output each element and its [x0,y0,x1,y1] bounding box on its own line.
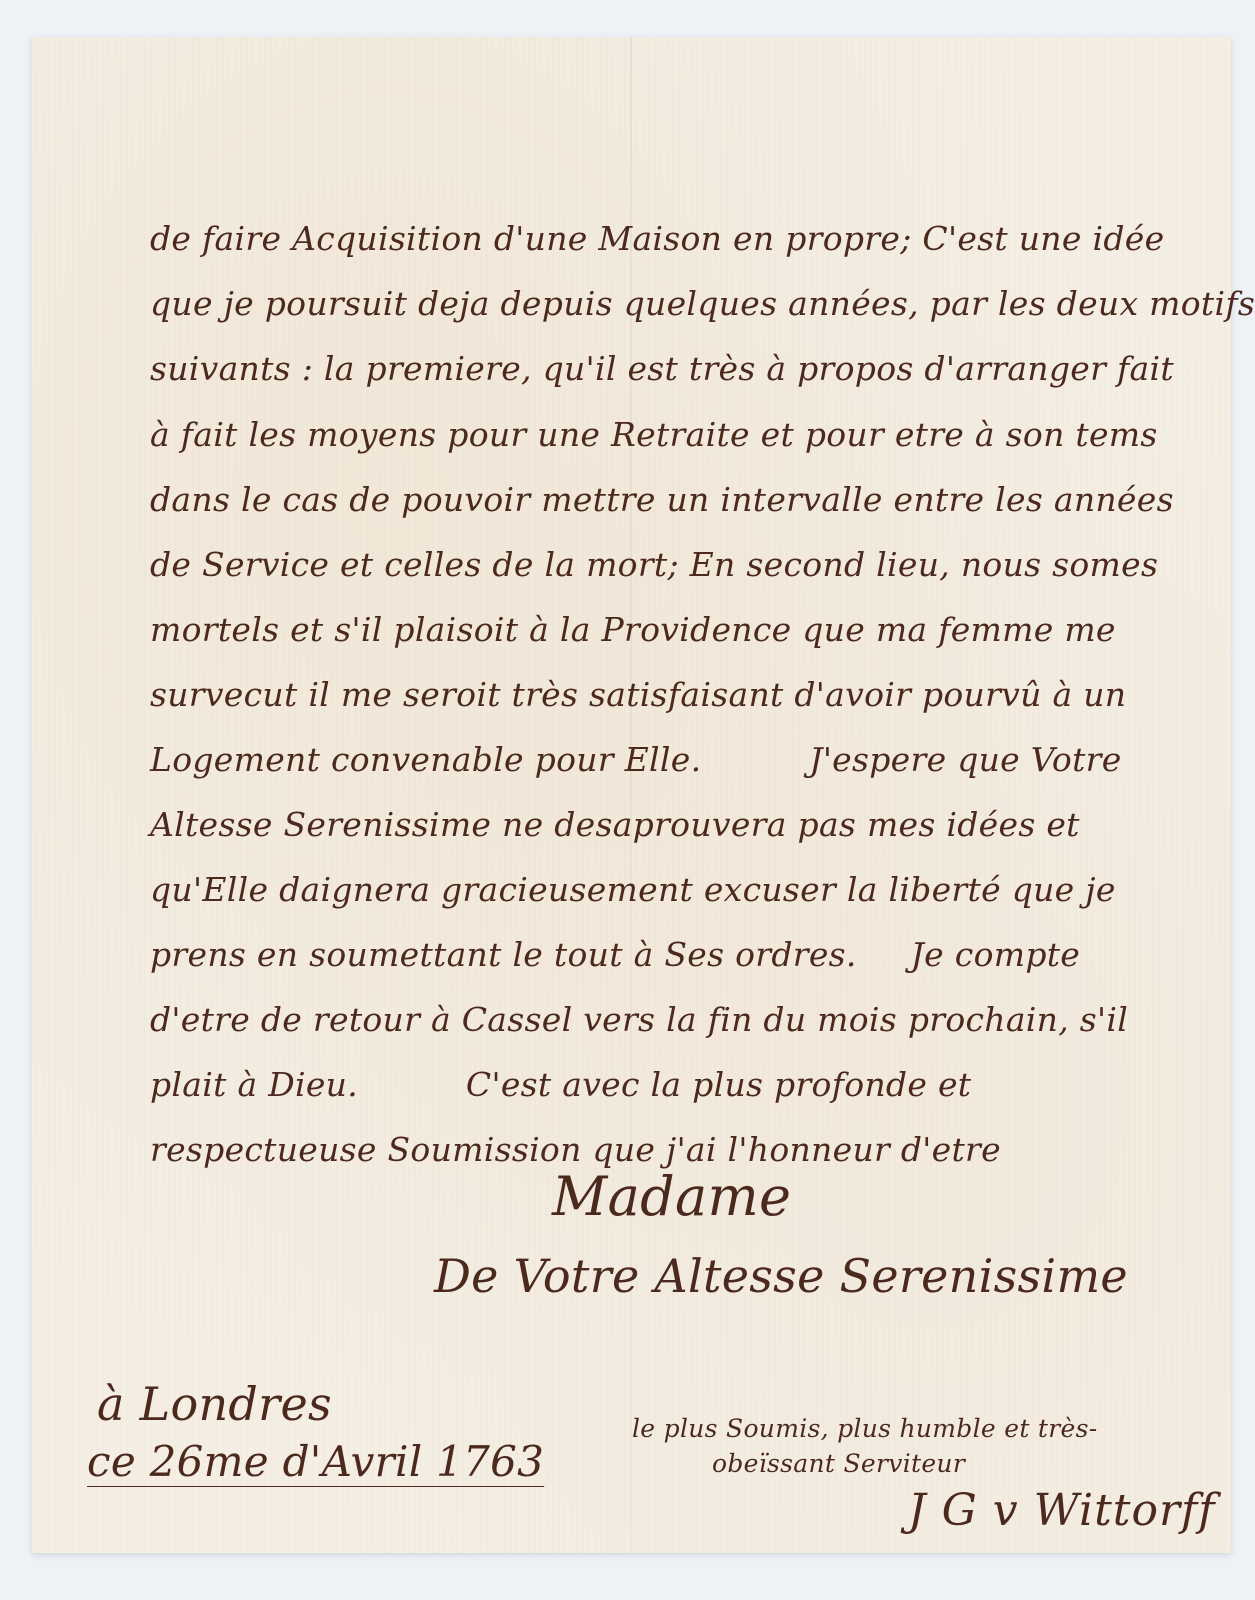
body-line-14: plait à Dieu. C'est avec la plus profond… [150,1065,971,1104]
body-line-15: respectueuse Soumission que j'ai l'honne… [150,1130,1001,1169]
subscription-line-2: obeïssant Serviteur [712,1449,965,1478]
letter-paper: de faire Acquisition d'une Maison en pro… [32,37,1231,1553]
body-line-8: survecut il me seroit très satisfaisant … [150,675,1126,714]
dateline-date: ce 26me d'Avril 1763 [87,1437,544,1486]
body-line-10: Altesse Serenissime ne desaprouvera pas … [150,805,1080,844]
signature: J G v Wittorff [908,1485,1216,1536]
body-line-11: qu'Elle daignera gracieusement excuser l… [150,870,1116,909]
body-line-12: prens en soumettant le tout à Ses ordres… [150,935,1080,974]
body-line-1: de faire Acquisition d'une Maison en pro… [150,219,1164,258]
subscription-line-1: le plus Soumis, plus humble et très- [632,1414,1098,1443]
body-line-7: mortels et s'il plaisoit à la Providence… [150,610,1116,649]
body-line-4: à fait les moyens pour une Retraite et p… [150,415,1158,454]
body-line-2: que je poursuit deja depuis quelques ann… [150,284,1255,323]
body-line-13: d'etre de retour à Cassel vers la fin du… [150,1000,1128,1039]
body-line-9: Logement convenable pour Elle. J'espere … [150,740,1122,779]
body-line-3: suivants : la premiere, qu'il est très à… [150,349,1174,388]
closing-title: De Votre Altesse Serenissime [434,1249,1128,1303]
fold-line [630,37,632,1553]
closing-salutation: Madame [552,1165,791,1228]
dateline-place: à Londres [97,1377,332,1431]
body-line-5: dans le cas de pouvoir mettre un interva… [150,480,1174,519]
body-line-6: de Service et celles de la mort; En seco… [150,545,1158,584]
